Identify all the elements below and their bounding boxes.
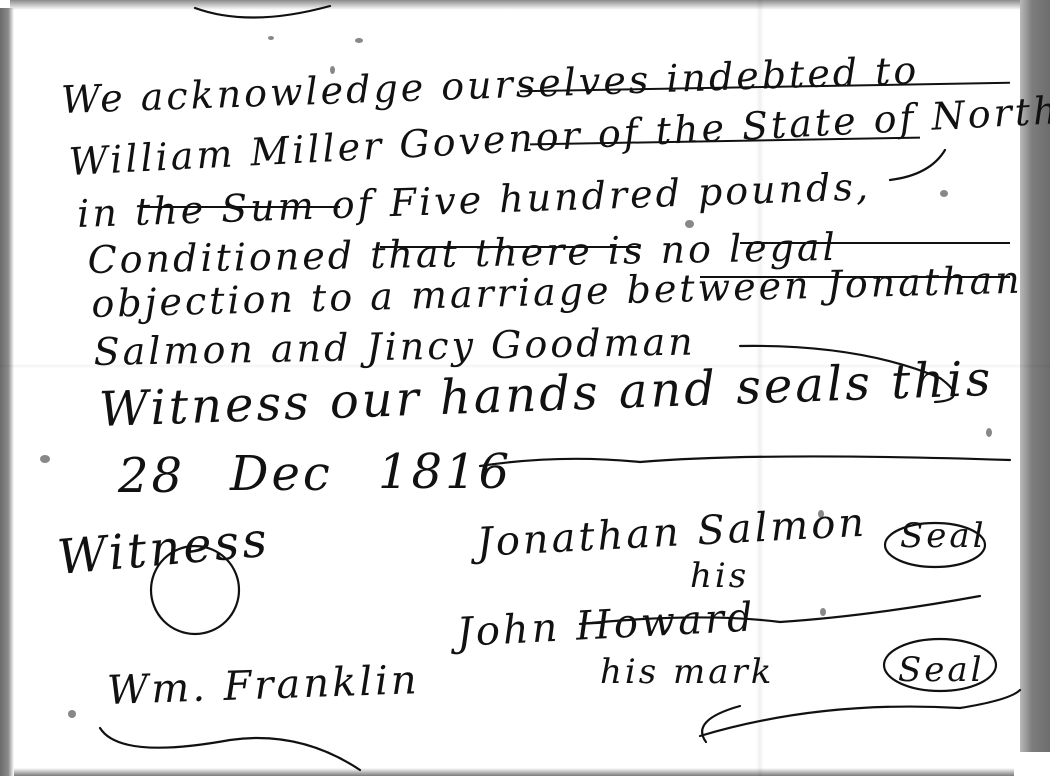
date-year: 1816 <box>378 444 512 500</box>
paper-left-edge <box>0 8 14 776</box>
seal-2: Seal <box>898 650 985 690</box>
signature-mark-his-mark: his mark <box>600 652 774 692</box>
document-scan: We acknowledge ourselves indebted to Wil… <box>0 0 1050 776</box>
ink-speck <box>940 190 948 197</box>
strike-line <box>380 246 640 248</box>
signature-wm-franklin: Wm. Franklin <box>106 657 420 714</box>
signature-jonathan-salmon: Jonathan Salmon <box>476 500 869 566</box>
strike-line <box>140 206 340 208</box>
ink-speck <box>355 38 363 43</box>
ink-speck <box>68 710 76 718</box>
witness-label: Witness <box>55 512 272 586</box>
ink-speck <box>268 36 274 40</box>
ink-speck <box>986 428 992 437</box>
signature-john-howard: John Howard <box>456 594 757 656</box>
date-day: 28 <box>118 448 185 504</box>
paper-top-edge <box>10 0 1020 10</box>
ink-speck <box>40 455 50 463</box>
signature-mark-his: his <box>690 556 749 596</box>
date-month: Dec <box>230 446 333 502</box>
ink-speck <box>820 608 826 616</box>
strike-line <box>740 242 1010 244</box>
paper-bottom-edge <box>14 768 1014 776</box>
seal-1: Seal <box>900 516 987 556</box>
strike-line <box>700 276 1010 278</box>
